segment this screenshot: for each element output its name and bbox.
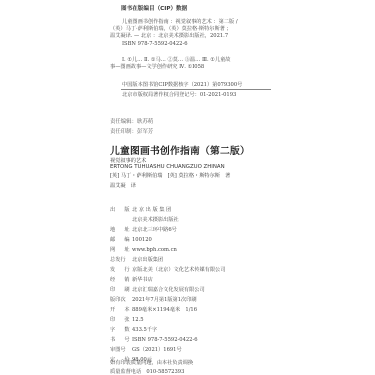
- info-value: 北京北三环中路6号: [132, 225, 177, 235]
- info-value: 889毫米×1194毫米 1/16: [132, 305, 197, 315]
- publication-info-table: 出 版 北 京 出 版 集 团 北京美术摄影出版社 地 址 北京北三环中路6号 …: [110, 205, 225, 365]
- cip-record-line: 温艾凝译. — 北京 ：北京美术摄影出版社，2021.7: [110, 33, 238, 40]
- info-value: 京版北美（北京）文化艺术传媒有限公司: [132, 265, 225, 275]
- info-row-sheets: 印 张 12.5: [110, 315, 225, 325]
- cip-subject-line: 事—图画故事—文学创作研究 Ⅳ. ①I058: [110, 64, 230, 71]
- book-title: 儿童图画书创作指南（第二版）: [110, 143, 250, 157]
- cip-isbn-line: ISBN 978-7-5592-0422-6: [110, 41, 238, 48]
- info-row-address: 地 址 北京北三环中路6号: [110, 225, 225, 235]
- info-label: 审图号: [110, 345, 132, 355]
- copyright-registration: 北京市版权局著作权合同登记号：01-2021-0193: [122, 91, 236, 98]
- cip-heading: 图书在版编目（CIP）数据: [121, 4, 187, 12]
- info-row-postcode: 邮 编 100120: [110, 235, 225, 245]
- info-value: 12.5: [132, 315, 144, 325]
- info-row-printer: 印 刷 北京汇瑞嘉合文化发展有限公司: [110, 285, 225, 295]
- cip-record: 儿童图画书创作指南 ：视觉叙事的艺术 ：第二版 / （英）马丁·萨利斯伯瑞，（英…: [110, 19, 238, 48]
- book-pinyin-title: ERTONG TUHUASHU CHUANGZUO ZHINAN: [110, 164, 225, 170]
- info-row-word-count: 字 数 433.5千字: [110, 325, 225, 335]
- info-row-distributor: 发 行 京版北美（北京）文化艺术传媒有限公司: [110, 265, 225, 275]
- info-row-publisher: 出 版 北 京 出 版 集 团: [110, 205, 225, 215]
- info-label: 邮 编: [110, 235, 132, 245]
- info-value: 新华书店: [132, 275, 153, 285]
- info-value: 北 京 出 版 集 团: [132, 205, 171, 215]
- info-value: 100120: [132, 235, 152, 245]
- info-row-seller: 经 销 新华书店: [110, 275, 225, 285]
- info-label: 字 数: [110, 325, 132, 335]
- book-authors: [英] 马丁・萨利斯伯瑞 [英] 莫拉格・斯特尔斯 著: [110, 172, 230, 179]
- info-label: 书 号: [110, 335, 132, 345]
- info-label: 开 本: [110, 305, 132, 315]
- info-label: 出 版: [110, 205, 132, 215]
- info-row-edition: 版印次 2021年7月第1版第1次印刷: [110, 295, 225, 305]
- info-value: 北京汇瑞嘉合文化发展有限公司: [132, 285, 205, 295]
- info-label: 经 销: [110, 275, 132, 285]
- info-label: 印 刷: [110, 285, 132, 295]
- info-value: 北京出版集团: [132, 255, 163, 265]
- quality-notice: 如有印装质量问题，由本社负责调换: [110, 359, 193, 366]
- website-link: www.bph.com.cn: [132, 245, 177, 255]
- responsible-editor: 责任编辑：耿苏萌: [110, 117, 153, 125]
- quality-hotline: 质量监督电话 010-58572393: [110, 368, 184, 375]
- info-value: GS（2021）1691号: [132, 345, 182, 355]
- book-translator: 温艾凝 译: [110, 182, 136, 189]
- info-label: 地 址: [110, 225, 132, 235]
- cip-subjects: Ⅰ. ①儿… Ⅱ. ①马… ②莫… ③温… Ⅲ. ①儿童故 事—图画故事—文学创…: [110, 57, 230, 71]
- info-label: 版印次: [110, 295, 132, 305]
- info-row-format: 开 本 889毫米×1194毫米 1/16: [110, 305, 225, 315]
- info-row-general-distributor: 总发行 北京出版集团: [110, 255, 225, 265]
- cip-verify-number: 中国版本图书馆CIP数据核字（2021）第079300号: [122, 81, 242, 88]
- info-label: 网 址: [110, 245, 132, 255]
- info-row-website: 网 址 www.bph.com.cn: [110, 245, 225, 255]
- info-label: 印 张: [110, 315, 132, 325]
- info-label: 总发行: [110, 255, 132, 265]
- info-value: 北京美术摄影出版社: [110, 215, 179, 225]
- divider: [121, 89, 271, 90]
- print-supervisor: 责任印制：彭军芳: [110, 127, 153, 135]
- info-row-publisher-imprint: 北京美术摄影出版社: [110, 215, 225, 225]
- copyright-page: 图书在版编目（CIP）数据 儿童图画书创作指南 ：视觉叙事的艺术 ：第二版 / …: [110, 0, 270, 375]
- book-subtitle: 视觉叙事的艺术: [110, 157, 146, 164]
- info-label: 发 行: [110, 265, 132, 275]
- info-value: 2021年7月第1版第1次印刷: [132, 295, 197, 305]
- info-value: ISBN 978-7-5592-0422-6: [132, 335, 198, 345]
- info-value: 433.5千字: [132, 325, 157, 335]
- info-row-isbn: 书 号 ISBN 978-7-5592-0422-6: [110, 335, 225, 345]
- info-row-map-approval: 审图号 GS（2021）1691号: [110, 345, 225, 355]
